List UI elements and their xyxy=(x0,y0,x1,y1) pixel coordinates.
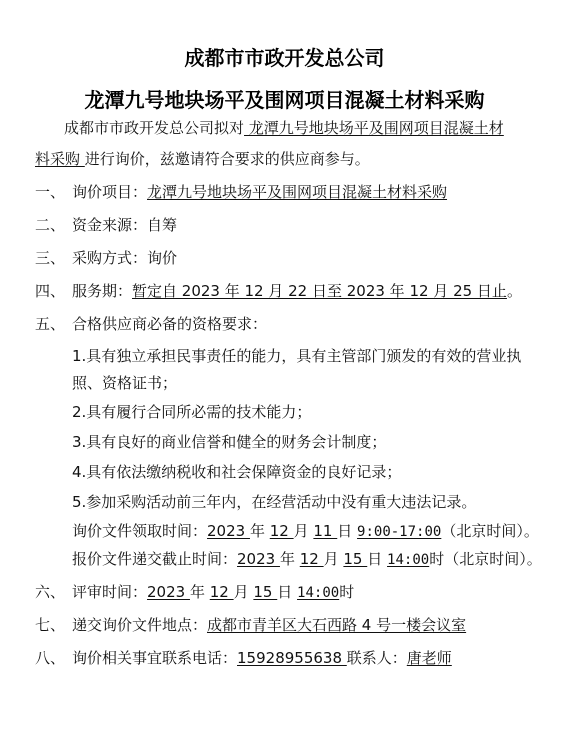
submit-month: 12 xyxy=(300,550,324,568)
pickup-label: 询价文件领取时间： xyxy=(72,522,207,540)
pickup-day: 11 xyxy=(313,522,337,540)
submit-day: 15 xyxy=(343,550,367,568)
section-number: 一、 xyxy=(35,183,72,201)
section-4: 四、服务期：暂定自 2023 年 12 月 22 日至 2023 年 12 月 … xyxy=(35,282,522,300)
section-3: 三、采购方式：询价 xyxy=(35,249,177,267)
section-tail: 。 xyxy=(507,282,522,300)
section-label: 服务期： xyxy=(72,282,132,300)
pickup-time: 询价文件领取时间：2023 年 12 月 11 日 9:00-17:00（北京时… xyxy=(72,522,539,541)
submit-deadline: 报价文件递交截止时间：2023 年 12 月 15 日 14:00时（北京时间）… xyxy=(72,550,542,569)
requirement-2: 2.具有履行合同所必需的技术能力； xyxy=(72,403,311,421)
pickup-year: 2023 xyxy=(207,522,250,540)
intro-line-2: 料采购 进行询价，兹邀请符合要求的供应商参与。 xyxy=(35,150,370,168)
section-value: 询价 xyxy=(147,249,177,267)
section-8: 八、询价相关事宜联系电话：15928955638 联系人：唐老师 xyxy=(35,649,452,667)
contact-phone: 15928955638 xyxy=(237,649,347,667)
section-number: 七、 xyxy=(35,616,72,634)
intro-suffix: 进行询价，兹邀请符合要求的供应商参与。 xyxy=(85,150,370,168)
intro-project-part2: 料采购 xyxy=(35,150,85,168)
section-number: 四、 xyxy=(35,282,72,300)
pickup-month: 12 xyxy=(270,522,294,540)
requirement-1-cont: 照、资格证书； xyxy=(72,374,177,392)
section-number: 五、 xyxy=(35,315,72,333)
section-6: 六、评审时间：2023 年 12 月 15 日 14:00时 xyxy=(35,583,354,602)
submit-label: 报价文件递交截止时间： xyxy=(72,550,237,568)
requirement-5: 5.参加采购活动前三年内，在经营活动中没有重大违法记录。 xyxy=(72,493,476,511)
month-unit: 月 xyxy=(294,522,314,540)
review-month: 12 xyxy=(210,583,234,601)
month-unit: 月 xyxy=(324,550,344,568)
section-1: 一、询价项目：龙潭九号地块场平及围网项目混凝土材料采购 xyxy=(35,183,447,201)
section-5: 五、合格供应商必备的资格要求： xyxy=(35,315,267,333)
section-value: 自筹 xyxy=(147,216,177,234)
section-2: 二、资金来源：自筹 xyxy=(35,216,177,234)
review-year: 2023 xyxy=(147,583,190,601)
section-label: 资金来源： xyxy=(72,216,147,234)
document-title: 成都市市政开发总公司 xyxy=(0,42,569,71)
section-value: 龙潭九号地块场平及围网项目混凝土材料采购 xyxy=(147,183,447,201)
section-label: 采购方式： xyxy=(72,249,147,267)
intro-project-part1: 龙潭九号地块场平及围网项目混凝土材 xyxy=(244,119,504,137)
intro-prefix: 成都市市政开发总公司拟对 xyxy=(64,119,244,137)
day-unit: 日 xyxy=(277,583,297,601)
year-unit: 年 xyxy=(190,583,210,601)
pickup-tail: （北京时间）。 xyxy=(441,522,539,540)
document-subtitle: 龙潭九号地块场平及围网项目混凝土材料采购 xyxy=(0,84,569,113)
section-label: 递交询价文件地点： xyxy=(72,616,207,634)
contact-person: 唐老师 xyxy=(407,649,452,667)
pickup-hours: 9:00-17:00 xyxy=(357,524,441,540)
section-label: 询价相关事宜联系电话： xyxy=(72,649,237,667)
requirement-1: 1.具有独立承担民事责任的能力，具有主管部门颁发的有效的营业执 xyxy=(72,347,521,365)
day-unit: 日 xyxy=(367,550,387,568)
month-unit: 月 xyxy=(234,583,254,601)
submit-time: 14:00 xyxy=(387,552,429,568)
review-time: 14:00 xyxy=(297,585,339,601)
submit-tail: 时（北京时间）。 xyxy=(429,550,542,568)
section-label: 询价项目： xyxy=(72,183,147,201)
review-tail: 时 xyxy=(339,583,354,601)
requirement-3: 3.具有良好的商业信誉和健全的财务会计制度； xyxy=(72,433,386,451)
requirement-4: 4.具有依法缴纳税收和社会保障资金的良好记录； xyxy=(72,463,401,481)
contact-person-label: 联系人： xyxy=(347,649,407,667)
section-label: 评审时间： xyxy=(72,583,147,601)
section-7: 七、递交询价文件地点：成都市青羊区大石西路 4 号一楼会议室 xyxy=(35,616,466,634)
location-value: 成都市青羊区大石西路 4 号一楼会议室 xyxy=(207,616,466,634)
section-label: 合格供应商必备的资格要求： xyxy=(72,315,267,333)
review-day: 15 xyxy=(253,583,277,601)
intro-line-1: 成都市市政开发总公司拟对 龙潭九号地块场平及围网项目混凝土材 xyxy=(64,119,504,137)
year-unit: 年 xyxy=(250,522,270,540)
section-number: 八、 xyxy=(35,649,72,667)
submit-year: 2023 xyxy=(237,550,280,568)
section-value: 暂定自 2023 年 12 月 22 日至 2023 年 12 月 25 日止 xyxy=(132,282,507,300)
section-number: 六、 xyxy=(35,583,72,601)
section-number: 三、 xyxy=(35,249,72,267)
section-number: 二、 xyxy=(35,216,72,234)
year-unit: 年 xyxy=(280,550,300,568)
day-unit: 日 xyxy=(337,522,357,540)
